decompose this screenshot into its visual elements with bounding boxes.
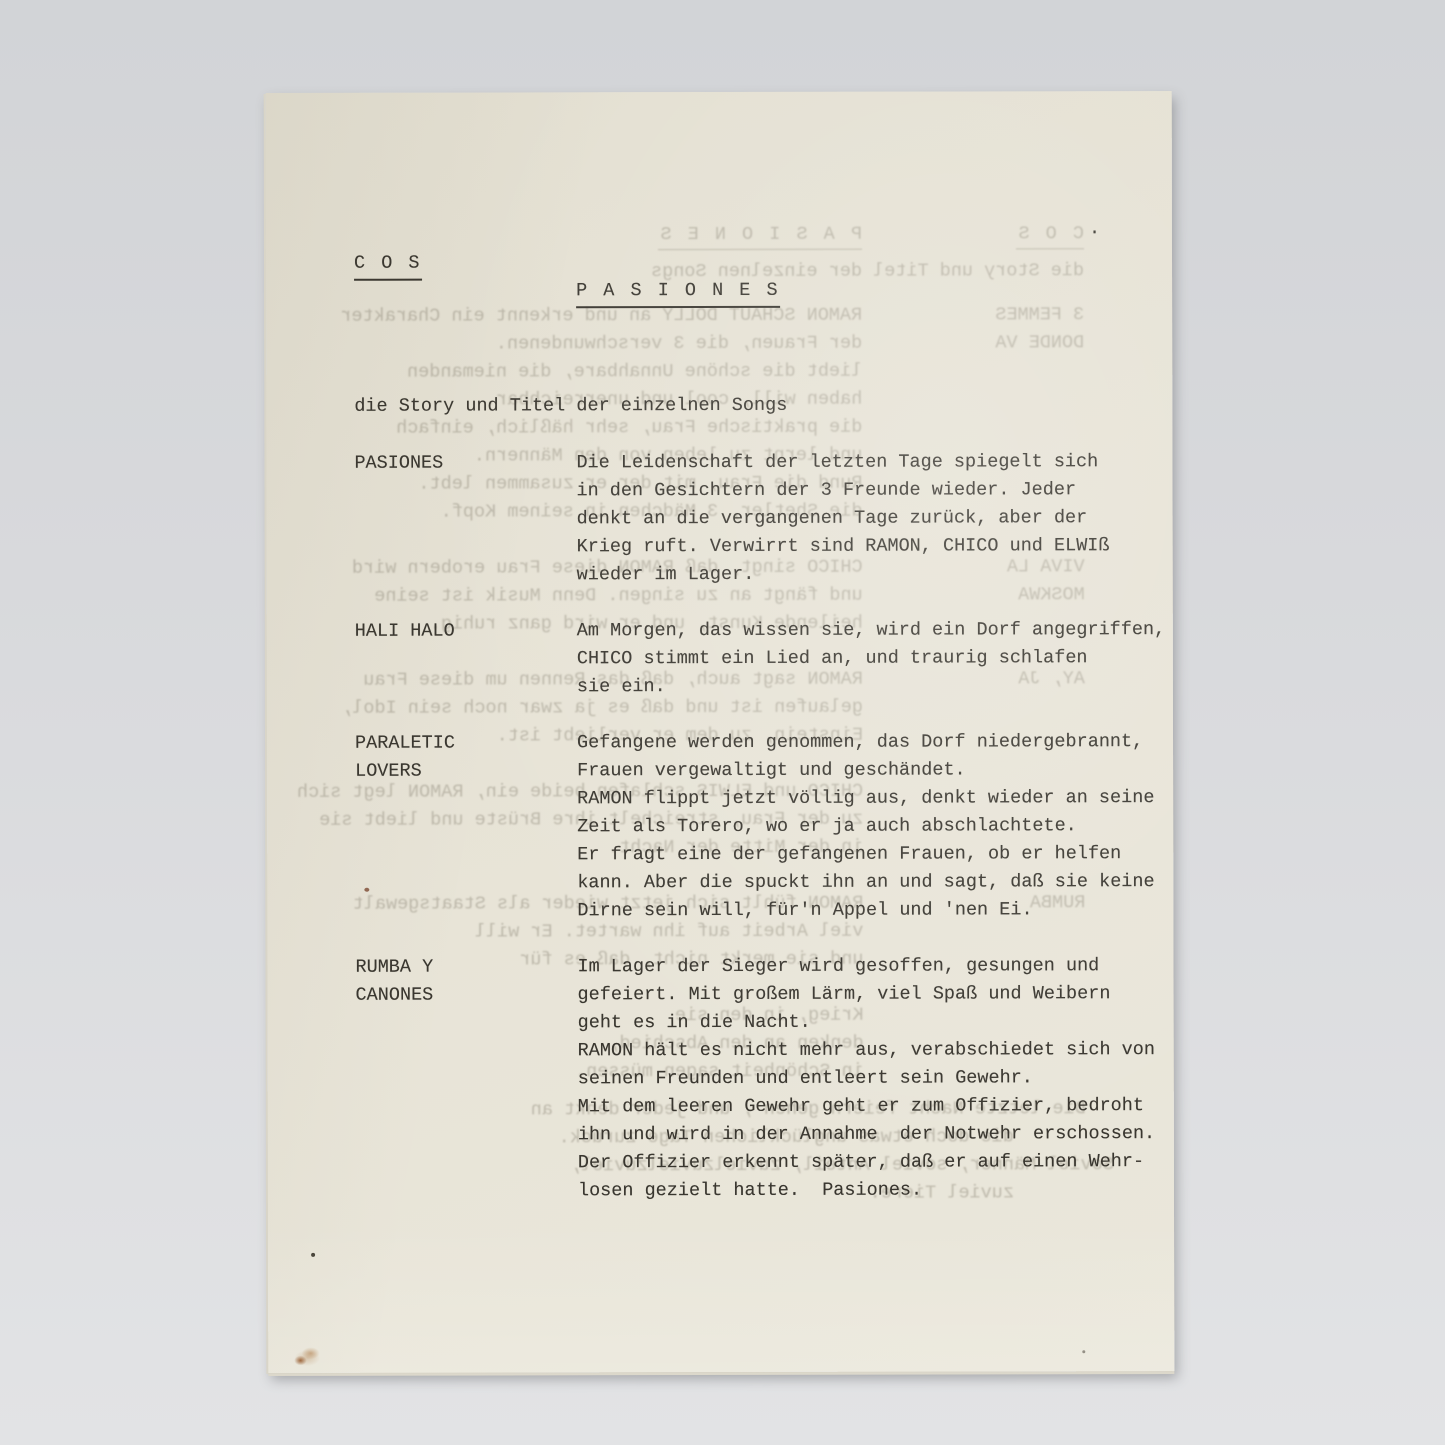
text-line: Mit dem leeren Gewehr geht er zum Offizi… — [578, 1092, 1174, 1121]
text-line: RUMBA Y — [355, 953, 577, 981]
text-line: Gefangene werden genommen, das Dorf nied… — [577, 728, 1173, 757]
text-line: kann. Aber die spuckt ihn an und sagt, d… — [577, 868, 1173, 897]
header-left-title: C O S — [354, 250, 422, 281]
text-line: sie ein. — [577, 672, 1173, 701]
text-line: Krieg ruft. Verwirrt sind RAMON, CHICO u… — [577, 532, 1173, 561]
text-line: Am Morgen, das wissen sie, wird ein Dorf… — [577, 616, 1173, 645]
section-label: PARALETICLOVERS — [355, 729, 577, 925]
ink-dot — [311, 1253, 315, 1257]
text-line: Er fragt eine der gefangenen Frauen, ob … — [577, 840, 1173, 869]
section-row: HALI HALOAm Morgen, das wissen sie, wird… — [355, 616, 1173, 702]
typed-text-layer: C O S P A S I O N E S . die Story und Ti… — [266, 91, 1175, 1373]
document-subtitle: die Story und Titel der einzelnen Songs — [354, 391, 1172, 421]
text-line: RAMON hält es nicht mehr aus, verabschie… — [578, 1036, 1174, 1065]
rust-stain — [290, 1345, 324, 1369]
text-line: wieder im Lager. — [577, 560, 1173, 589]
text-line: CANONES — [356, 981, 578, 1009]
text-line: losen gezielt hatte. Pasiones. — [578, 1176, 1174, 1205]
text-line: Im Lager der Sieger wird gesoffen, gesun… — [577, 952, 1173, 981]
section-row: PARALETICLOVERSGefangene werden genommen… — [355, 728, 1173, 926]
text-line: Frauen vergewaltigt und geschändet. — [577, 756, 1173, 785]
section-text: Am Morgen, das wissen sie, wird ein Dorf… — [577, 616, 1173, 701]
header-right-title: P A S I O N E S — [576, 277, 780, 308]
text-line: Dirne sein will, für'n Appel und 'nen Ei… — [577, 896, 1173, 925]
photo-background: C O SP A S I O N E Sdie Story und Titel … — [0, 0, 1445, 1445]
text-line: HALI HALO — [355, 617, 577, 645]
section-row: RUMBA YCANONESIm Lager der Sieger wird g… — [355, 952, 1174, 1206]
text-line: denkt an die vergangenen Tage zurück, ab… — [577, 504, 1173, 533]
text-line: seinen Freunden und entleert sein Gewehr… — [578, 1064, 1174, 1093]
rust-dot — [364, 888, 369, 892]
sections: PASIONESDie Leidenschaft der letzten Tag… — [354, 448, 1174, 1206]
text-line: in den Gesichtern der 3 Freunde wieder. … — [576, 476, 1172, 505]
section-label: HALI HALO — [355, 617, 577, 701]
text-line: Der Offizier erkennt später, daß er auf … — [578, 1148, 1174, 1177]
text-line: LOVERS — [355, 757, 577, 785]
paper-sheet: C O SP A S I O N E Sdie Story und Titel … — [266, 91, 1175, 1373]
text-line: geht es in die Nacht. — [578, 1008, 1174, 1037]
text-line: RAMON flippt jetzt völlig aus, denkt wie… — [577, 784, 1173, 813]
section-text: Im Lager der Sieger wird gesoffen, gesun… — [577, 952, 1174, 1205]
text-line: PASIONES — [354, 449, 576, 477]
section-text: Gefangene werden genommen, das Dorf nied… — [577, 728, 1173, 925]
text-line: Zeit als Torero, wo er ja auch abschlach… — [577, 812, 1173, 841]
stray-period-mark: . — [1089, 215, 1100, 243]
ink-dot — [1082, 1350, 1085, 1353]
section-text: Die Leidenschaft der letzten Tage spiege… — [576, 448, 1172, 589]
text-line: gefeiert. Mit großem Lärm, viel Spaß und… — [578, 980, 1174, 1009]
section-row: PASIONESDie Leidenschaft der letzten Tag… — [354, 448, 1172, 590]
text-line: ihn und wird in der Annahme der Notwehr … — [578, 1120, 1174, 1149]
text-line: CHICO stimmt ein Lied an, und traurig sc… — [577, 644, 1173, 673]
text-line: PARALETIC — [355, 729, 577, 757]
section-label: PASIONES — [354, 449, 576, 589]
document-header: C O S P A S I O N E S — [354, 220, 1172, 334]
text-line: Die Leidenschaft der letzten Tage spiege… — [576, 448, 1172, 477]
section-label: RUMBA YCANONES — [355, 953, 578, 1205]
